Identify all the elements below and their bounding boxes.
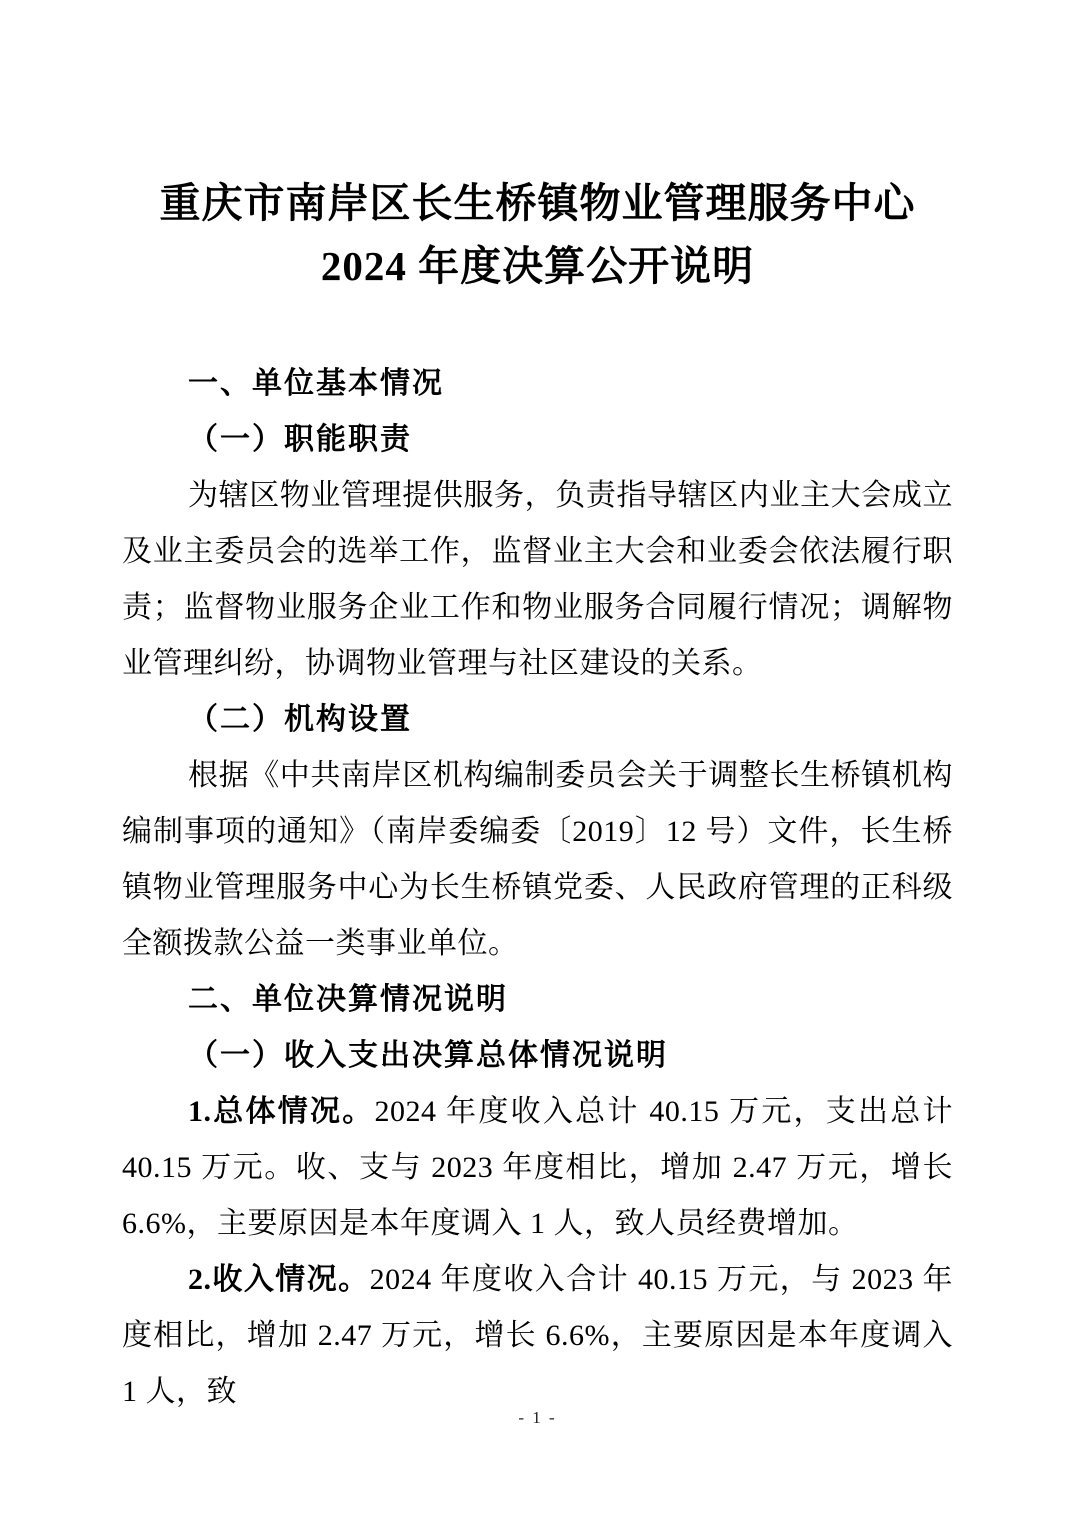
paragraph-org-setup: 根据《中共南岸区机构编制委员会关于调整长生桥镇机构编制事项的通知》（南岸委编委〔… bbox=[122, 748, 953, 972]
paragraph-overall-situation: 1.总体情况。2024 年度收入总计 40.15 万元，支出总计 40.15 万… bbox=[122, 1084, 953, 1252]
paragraph-income-situation-lead: 2.收入情况。 bbox=[188, 1263, 370, 1296]
document-title-line2: 2024 年度决算公开说明 bbox=[122, 235, 953, 298]
document-title: 重庆市南岸区长生桥镇物业管理服务中心 2024 年度决算公开说明 bbox=[122, 172, 953, 298]
subsection-heading-income-expense-overview: （一）收入支出决算总体情况说明 bbox=[122, 1028, 953, 1084]
section-heading-unit-basic-info: 一、单位基本情况 bbox=[122, 356, 953, 412]
paragraph-duties: 为辖区物业管理提供服务，负责指导辖区内业主大会成立及业主委员会的选举工作，监督业… bbox=[122, 468, 953, 692]
subsection-heading-duties: （一）职能职责 bbox=[122, 412, 953, 468]
subsection-heading-org-setup: （二）机构设置 bbox=[122, 692, 953, 748]
section-heading-final-accounts: 二、单位决算情况说明 bbox=[122, 972, 953, 1028]
paragraph-overall-situation-lead: 1.总体情况。 bbox=[188, 1095, 374, 1128]
document-title-line1: 重庆市南岸区长生桥镇物业管理服务中心 bbox=[122, 172, 953, 235]
document-content: 重庆市南岸区长生桥镇物业管理服务中心 2024 年度决算公开说明 一、单位基本情… bbox=[122, 0, 953, 1420]
page-number: - 1 - bbox=[0, 1406, 1075, 1430]
document-page: 重庆市南岸区长生桥镇物业管理服务中心 2024 年度决算公开说明 一、单位基本情… bbox=[0, 0, 1075, 1520]
paragraph-income-situation: 2.收入情况。2024 年度收入合计 40.15 万元，与 2023 年度相比，… bbox=[122, 1252, 953, 1420]
